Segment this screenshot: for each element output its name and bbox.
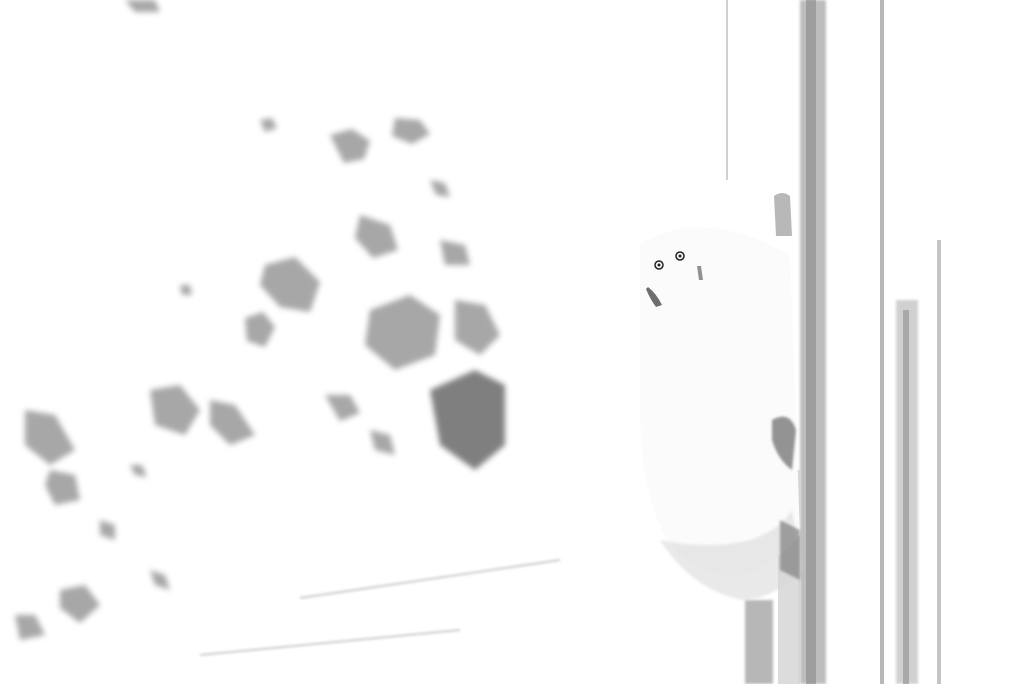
- wolf: [640, 227, 802, 600]
- wolf-photo: [0, 0, 1024, 684]
